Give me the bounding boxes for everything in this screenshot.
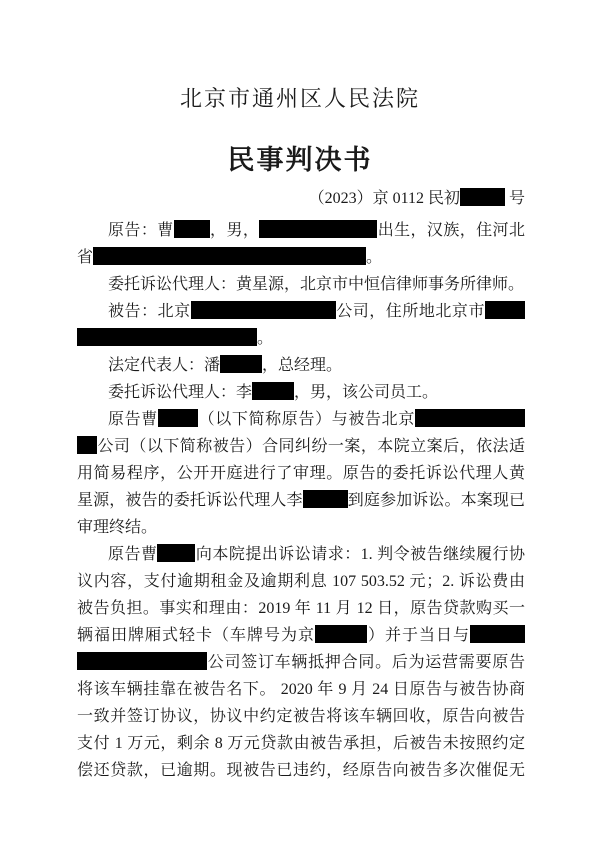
judgment-document-page: 北京市通州区人民法院 民事判决书 （2023）京 0112 民初 号 原告：曹，… bbox=[0, 0, 600, 848]
document-line: 支付 1 万元，剩余 8 万元贷款由被告承担，后被告未按照约定 bbox=[77, 730, 525, 757]
redaction-bar bbox=[174, 220, 210, 238]
body-lines: 原告：曹，男，出生，汉族，住河北省。委托诉讼代理人：黄星源，北京市中恒信律师事务… bbox=[77, 217, 525, 784]
document-line: 委托诉讼代理人：李，男，该公司员工。 bbox=[77, 379, 525, 406]
text-run: 。 bbox=[257, 330, 273, 347]
document-line: 省。 bbox=[77, 244, 525, 271]
redaction-bar bbox=[252, 382, 294, 400]
text-run: ，总经理。 bbox=[262, 357, 342, 374]
redaction-bar bbox=[191, 301, 336, 319]
document-type-title: 民事判决书 bbox=[0, 138, 600, 177]
redaction-bar bbox=[303, 490, 348, 508]
document-line: 用简易程序，公开开庭进行了审理。原告的委托诉讼代理人黄 bbox=[77, 460, 525, 487]
text-run: 法定代表人：潘 bbox=[108, 357, 220, 374]
text-run: 偿还贷款，已逾期。现被告已违约，经原告向被告多次催促无 bbox=[77, 762, 525, 779]
redaction-bar bbox=[470, 625, 525, 643]
redaction-bar bbox=[259, 220, 377, 238]
redaction-bar bbox=[158, 409, 198, 427]
redaction-bar bbox=[77, 652, 207, 670]
document-line: 公司签订车辆抵押合同。后为运营需要原告 bbox=[77, 649, 525, 676]
document-line: 议内容，支付逾期租金及逾期利息 107 503.52 元；2. 诉讼费由 bbox=[77, 568, 525, 595]
court-name-title: 北京市通州区人民法院 bbox=[0, 82, 600, 113]
text-run: ）并于当日与 bbox=[367, 627, 470, 644]
text-run: 公司签订车辆抵押合同。后为运营需要原告 bbox=[207, 654, 525, 671]
document-line: 原告曹（以下简称原告）与被告北京 bbox=[77, 406, 525, 433]
text-run: 到庭参加诉讼。本案现已 bbox=[348, 492, 525, 509]
text-run: 委托诉讼代理人：李 bbox=[108, 384, 252, 401]
document-line: 法定代表人：潘，总经理。 bbox=[77, 352, 525, 379]
text-run: 原告曹 bbox=[108, 546, 157, 563]
text-run: 省 bbox=[77, 249, 93, 266]
document-line: 审理终结。 bbox=[77, 514, 525, 541]
document-line: 原告：曹，男，出生，汉族，住河北 bbox=[77, 217, 525, 244]
document-line: 被告负担。事实和理由：2019 年 11 月 12 日，原告贷款购买一 bbox=[77, 595, 525, 622]
redaction-bar bbox=[315, 625, 367, 643]
text-run: 用简易程序，公开开庭进行了审理。原告的委托诉讼代理人黄 bbox=[77, 465, 525, 482]
document-line: 委托诉讼代理人：黄星源，北京市中恒信律师事务所律师。 bbox=[77, 271, 525, 298]
text-run: 向本院提出诉讼请求：1. 判令被告继续履行协 bbox=[195, 546, 525, 563]
document-line: 原告曹向本院提出诉讼请求：1. 判令被告继续履行协 bbox=[77, 541, 525, 568]
redaction-bar bbox=[220, 355, 262, 373]
text-run: 星源，被告的委托诉讼代理人李 bbox=[77, 492, 303, 509]
redaction-bar bbox=[485, 301, 525, 319]
text-run: 公司，住所地北京市 bbox=[336, 303, 485, 320]
text-run: ，男， bbox=[210, 222, 260, 239]
text-run: 将该车辆挂靠在被告名下。 2020 年 9 月 24 日原告与被告协商 bbox=[77, 681, 525, 698]
text-run: 议内容，支付逾期租金及逾期利息 107 503.52 元；2. 诉讼费由 bbox=[77, 573, 525, 590]
text-run: 公司（以下简称被告）合同纠纷一案，本院立案后，依法适 bbox=[97, 438, 525, 455]
document-line: 将该车辆挂靠在被告名下。 2020 年 9 月 24 日原告与被告协商 bbox=[77, 676, 525, 703]
text-run: （2023）京 0112 民初 bbox=[309, 190, 460, 207]
document-line: （2023）京 0112 民初 号 bbox=[77, 188, 525, 210]
document-line: 被告：北京公司，住所地北京市 bbox=[77, 298, 525, 325]
text-run: 被告负担。事实和理由：2019 年 11 月 12 日，原告贷款购买一 bbox=[77, 600, 525, 617]
text-run: 。 bbox=[366, 249, 382, 266]
document-line: 。 bbox=[77, 325, 525, 352]
text-run: 原告：曹 bbox=[108, 222, 174, 239]
text-run: 辆福田牌厢式轻卡（车牌号为京 bbox=[77, 627, 315, 644]
document-line: 辆福田牌厢式轻卡（车牌号为京）并于当日与 bbox=[77, 622, 525, 649]
document-line: 偿还贷款，已逾期。现被告已违约，经原告向被告多次催促无 bbox=[77, 757, 525, 784]
document-line: 星源，被告的委托诉讼代理人李到庭参加诉讼。本案现已 bbox=[77, 487, 525, 514]
redaction-bar bbox=[77, 436, 97, 454]
redaction-bar bbox=[77, 328, 257, 346]
text-run: 被告：北京 bbox=[108, 303, 191, 320]
redaction-bar bbox=[93, 247, 366, 265]
redaction-bar bbox=[460, 188, 505, 206]
text-run: （以下简称原告）与被告北京 bbox=[198, 411, 415, 428]
text-run: 委托诉讼代理人：黄星源，北京市中恒信律师事务所律师。 bbox=[108, 276, 524, 293]
text-run: 原告曹 bbox=[108, 411, 158, 428]
text-run: ，男，该公司员工。 bbox=[294, 384, 438, 401]
case-number-line: （2023）京 0112 民初 号 bbox=[77, 188, 525, 210]
text-run: 号 bbox=[505, 190, 525, 207]
redaction-bar bbox=[157, 544, 195, 562]
text-run: 一致并签订协议，协议中约定被告将该车辆回收，原告向被告 bbox=[77, 708, 525, 725]
document-line: 公司（以下简称被告）合同纠纷一案，本院立案后，依法适 bbox=[77, 433, 525, 460]
document-line: 一致并签订协议，协议中约定被告将该车辆回收，原告向被告 bbox=[77, 703, 525, 730]
text-run: 审理终结。 bbox=[77, 519, 157, 536]
text-run: 出生，汉族，住河北 bbox=[377, 222, 525, 239]
redaction-bar bbox=[415, 409, 525, 427]
text-run: 支付 1 万元，剩余 8 万元贷款由被告承担，后被告未按照约定 bbox=[77, 735, 525, 752]
